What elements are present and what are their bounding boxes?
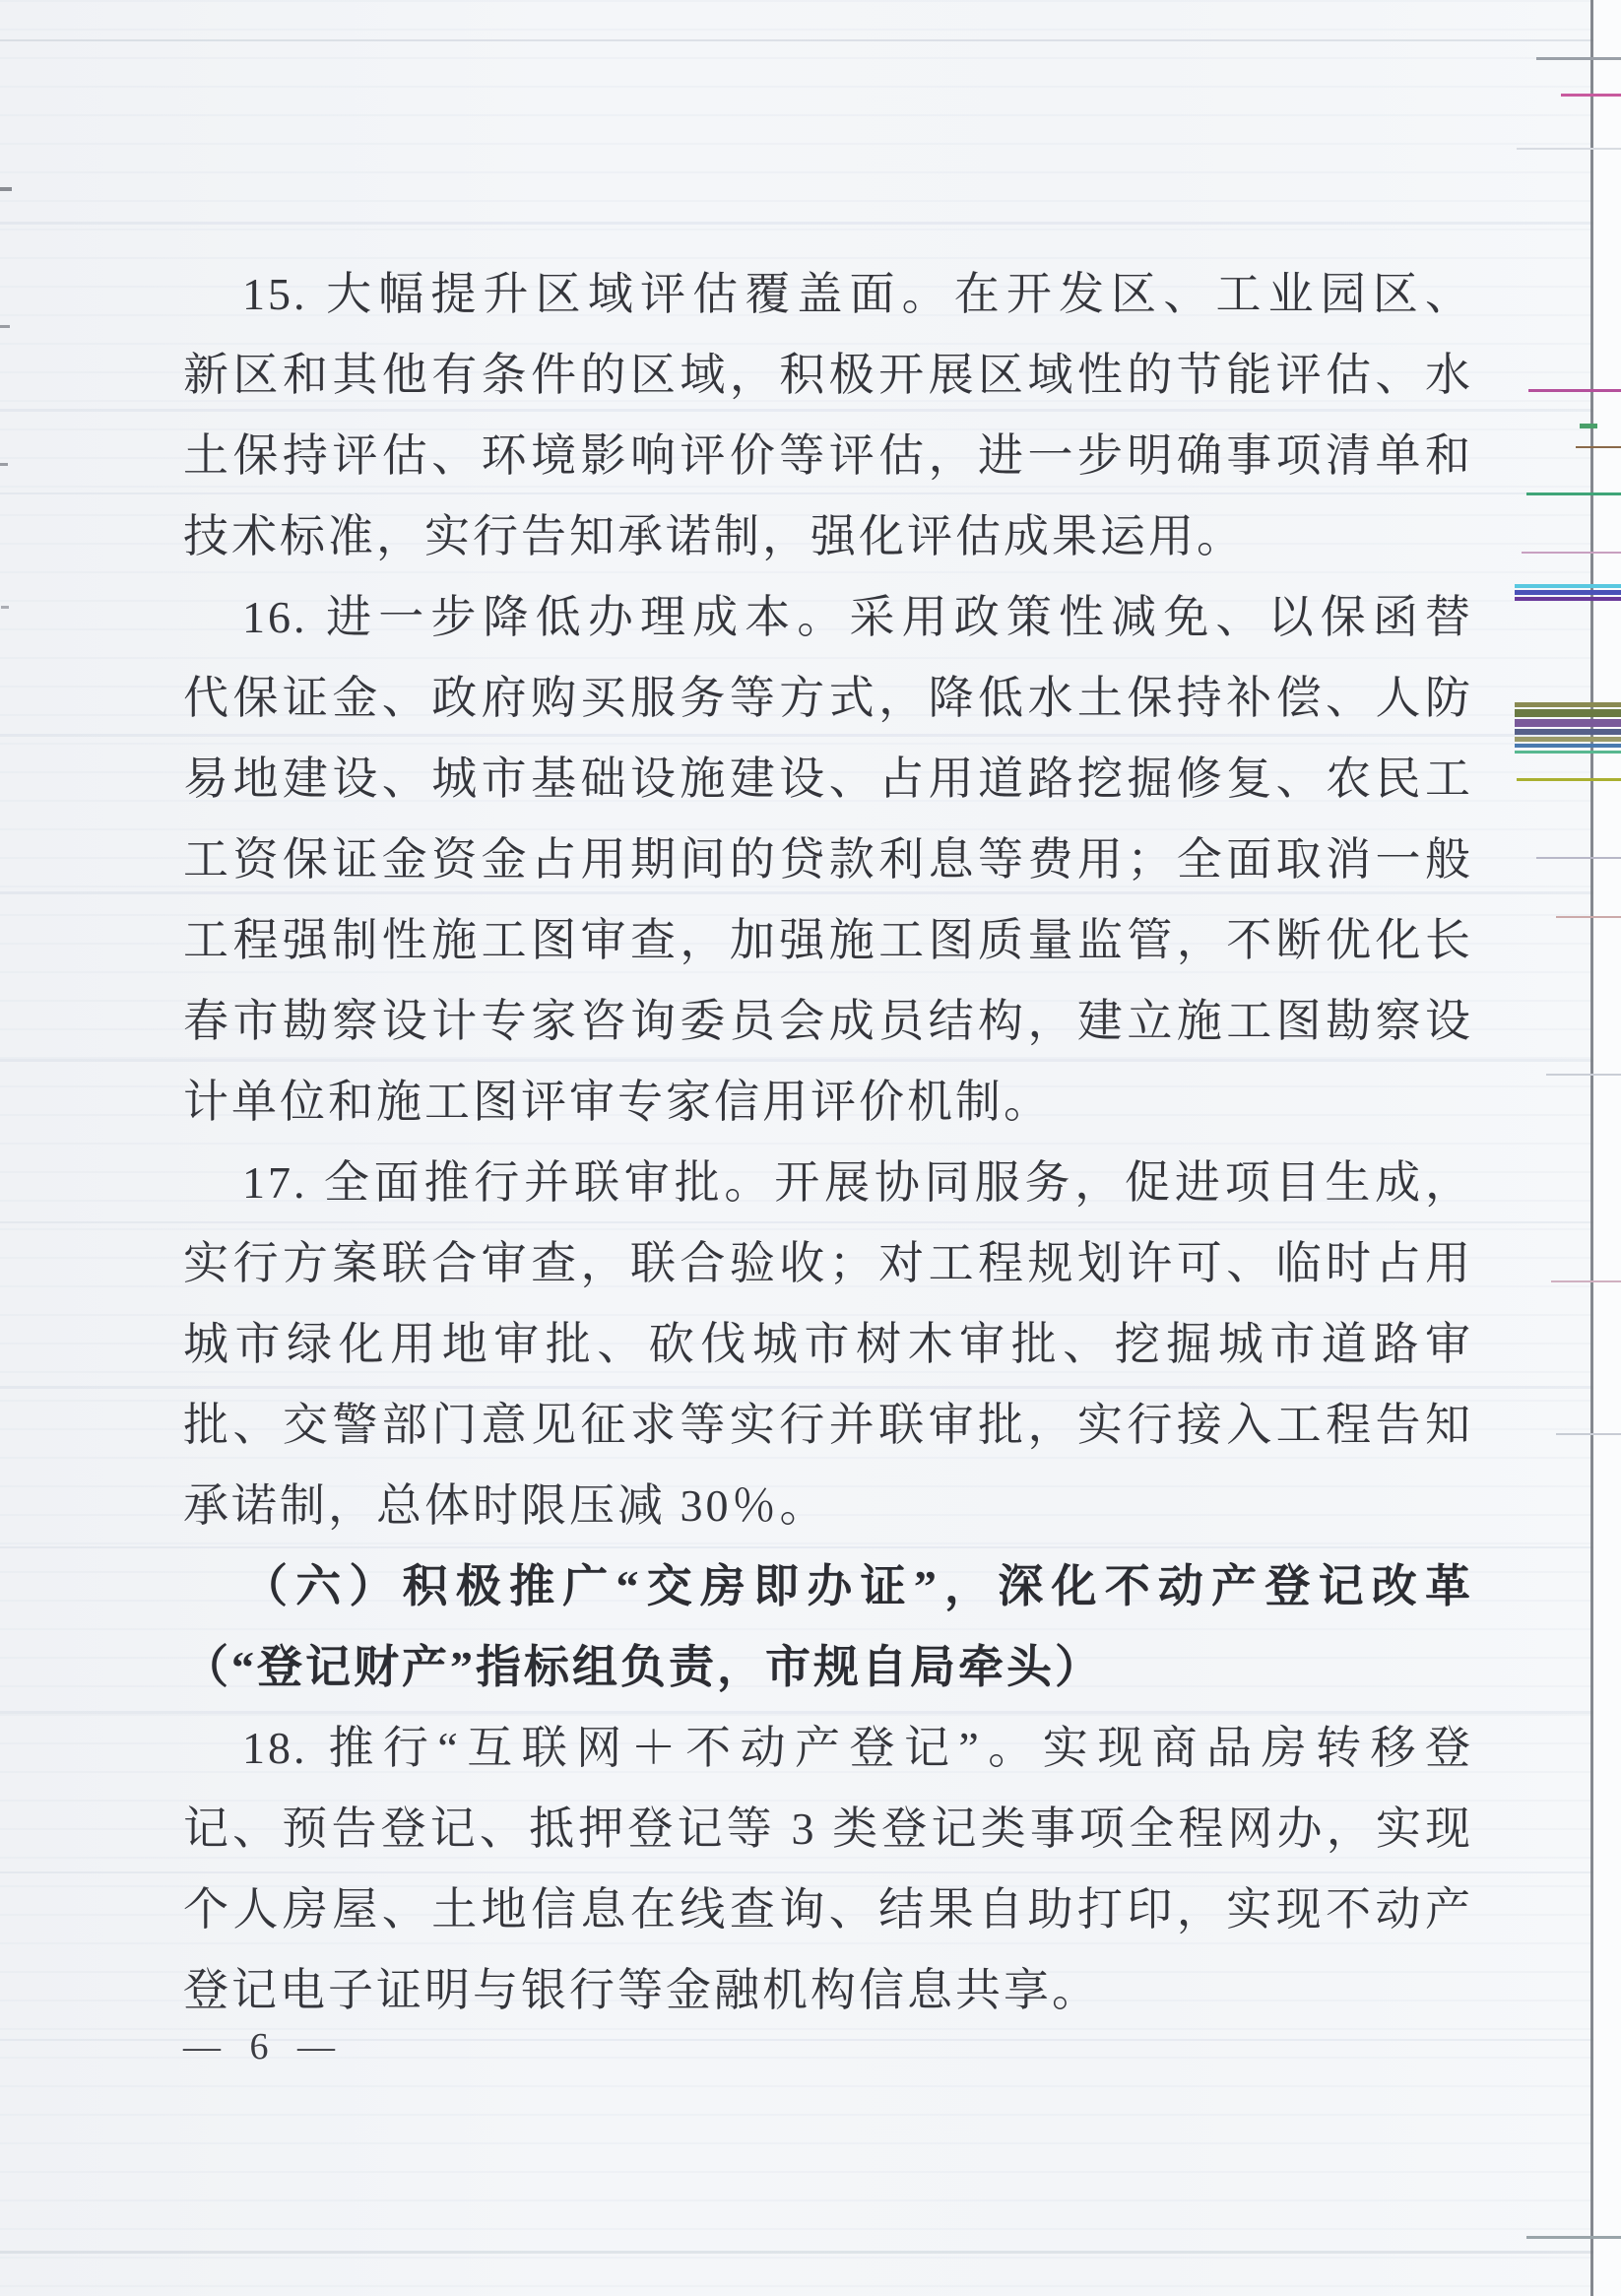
scan-artifact xyxy=(1517,148,1621,150)
scanned-document-page: 15. 大幅提升区域评估覆盖面。在开发区、工业园区、 新区和其他有条件的区域，积… xyxy=(0,0,1621,2296)
scan-artifact xyxy=(1515,590,1621,595)
scan-artifact xyxy=(1536,857,1621,859)
scan-artifact xyxy=(1526,492,1621,495)
scan-artifact xyxy=(1515,709,1621,717)
section-heading-line: （六）积极推广“交房即办证”，深化不动产登记改革 xyxy=(183,1546,1473,1627)
scan-artifact xyxy=(0,187,12,191)
text-line: 记、预告登记、抵押登记等 3 类登记类事项全程网办，实现 xyxy=(183,1789,1473,1870)
page-number: — 6 — xyxy=(183,2025,345,2068)
text-line: 16. 进一步降低办理成本。采用政策性减免、以保函替 xyxy=(183,577,1473,658)
scan-artifact xyxy=(1515,584,1621,588)
scan-artifact xyxy=(1556,916,1621,918)
text-line: 15. 大幅提升区域评估覆盖面。在开发区、工业园区、 xyxy=(183,254,1473,335)
text-line: 新区和其他有条件的区域，积极开展区域性的节能评估、水 xyxy=(183,335,1473,416)
scan-artifact xyxy=(1515,729,1621,735)
scan-artifact xyxy=(1515,597,1621,601)
text-line: 代保证金、政府购买服务等方式，降低水土保持补偿、人防 xyxy=(183,658,1473,739)
text-line: 土保持评估、环境影响评价等评估，进一步明确事项清单和 xyxy=(183,416,1473,496)
scan-artifact xyxy=(1528,389,1621,392)
scan-edge-line xyxy=(1590,0,1593,2296)
text-line: 批、交警部门意见征求等实行并联审批，实行接入工程告知 xyxy=(183,1385,1473,1466)
scan-artifact xyxy=(1517,778,1621,781)
scan-artifact xyxy=(0,39,1621,41)
scan-artifact xyxy=(0,463,8,466)
scan-artifact xyxy=(1561,94,1621,97)
scan-artifact xyxy=(1526,2236,1621,2239)
section-heading-line: （“登记财产”指标组负责，市规自局牵头） xyxy=(183,1627,1473,1708)
text-line: 实行方案联合审查，联合验收；对工程规划许可、临时占用 xyxy=(183,1223,1473,1304)
text-line: 18. 推行“互联网＋不动产登记”。实现商品房转移登 xyxy=(183,1708,1473,1789)
text-line: 工资保证金资金占用期间的贷款利息等费用；全面取消一般 xyxy=(183,820,1473,900)
scan-artifact xyxy=(1580,424,1597,428)
text-line: 易地建设、城市基础设施建设、占用道路挖掘修复、农民工 xyxy=(183,739,1473,820)
text-line: 春市勘察设计专家咨询委员会成员结构，建立施工图勘察设 xyxy=(183,981,1473,1062)
scan-artifact xyxy=(0,222,1621,225)
text-line: 城市绿化用地审批、砍伐城市树木审批、挖掘城市道路审 xyxy=(183,1304,1473,1385)
scan-artifact xyxy=(1546,1074,1621,1076)
scan-artifact xyxy=(0,2251,1621,2254)
scan-artifact xyxy=(1522,552,1621,554)
scan-artifact xyxy=(1515,702,1621,707)
text-line: 承诺制，总体时限压减 30％。 xyxy=(183,1466,1473,1546)
scan-artifact xyxy=(0,325,10,328)
text-line: 计单位和施工图评审专家信用评价机制。 xyxy=(183,1062,1473,1143)
text-line: 个人房屋、土地信息在线查询、结果自助打印，实现不动产 xyxy=(183,1870,1473,1950)
scan-artifact xyxy=(1,606,9,609)
text-line: 工程强制性施工图审查，加强施工图质量监管，不断优化长 xyxy=(183,900,1473,981)
scan-artifact xyxy=(1556,1433,1621,1435)
text-line: 登记电子证明与银行等金融机构信息共享。 xyxy=(183,1950,1473,2031)
scan-edge-strip xyxy=(1593,0,1621,2296)
scan-artifact xyxy=(1551,1280,1621,1282)
scan-artifact xyxy=(1515,744,1621,748)
scan-artifact xyxy=(1536,57,1621,60)
document-body: 15. 大幅提升区域评估覆盖面。在开发区、工业园区、 新区和其他有条件的区域，积… xyxy=(183,254,1473,2031)
scan-artifact xyxy=(1515,751,1621,754)
text-line: 17. 全面推行并联审批。开展协同服务，促进项目生成， xyxy=(183,1143,1473,1223)
text-line: 技术标准，实行告知承诺制，强化评估成果运用。 xyxy=(183,496,1473,577)
scan-artifact xyxy=(1576,446,1621,448)
scan-artifact xyxy=(1515,737,1621,742)
scan-artifact xyxy=(1515,719,1621,727)
